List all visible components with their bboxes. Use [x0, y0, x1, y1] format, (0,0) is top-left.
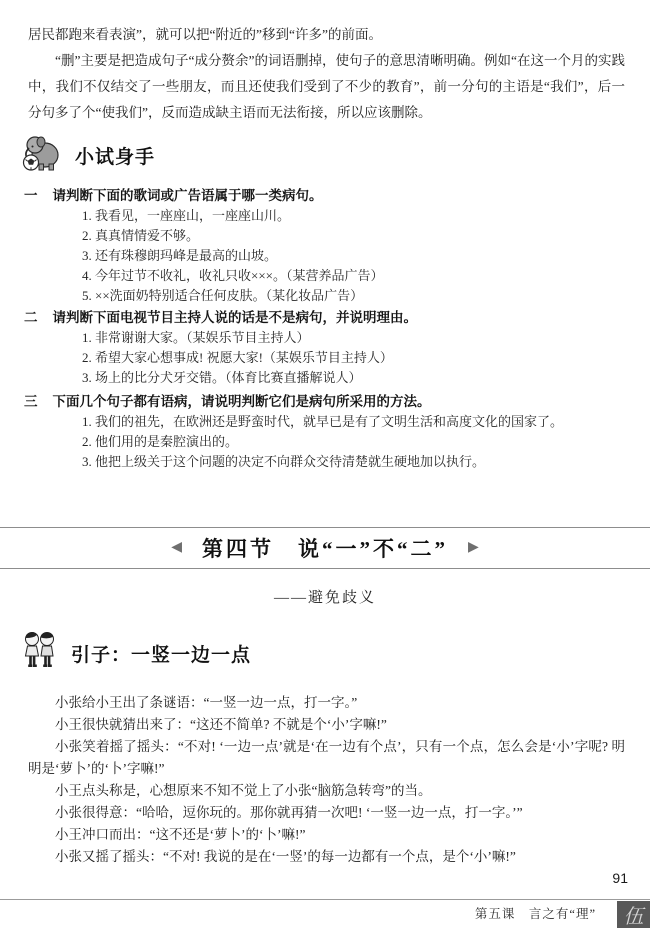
list-item: 1. 非常谢谢大家。（某娱乐节目主持人）: [82, 328, 625, 348]
list-item: 4. 今年过节不收礼，收礼只收×××。（某营养品广告）: [82, 266, 625, 286]
intro-continuation-line: 居民都跑来看表演”，就可以把“附近的”移到“许多”的前面。: [28, 22, 625, 48]
chapter-corner-tab: 伍: [617, 901, 650, 928]
section-question: 下面几个句子都有语病，请说明判断它们是病句所采用的方法。: [53, 392, 431, 412]
dialogue-paragraph: 小张很得意：“哈哈，逗你玩的。那你就再猜一次吧! ‘一竖一边一点，打一字。’”: [28, 802, 625, 824]
exercise-header: 小试身手: [22, 134, 155, 177]
section-title: 第四节 说“一”不“二”: [202, 533, 448, 563]
question-items: 1. 非常谢谢大家。（某娱乐节目主持人） 2. 希望大家心想事成! 祝愿大家!（…: [24, 328, 625, 388]
dialogue-text: 小张给小王出了条谜语：“一竖一边一点，打一字。” 小王很快就猜出来了：“这还不简…: [28, 692, 625, 868]
question-head: 一 请判断下面的歌词或广告语属于哪一类病句。: [24, 186, 625, 206]
section-question: 请判断下面电视节目主持人说的话是不是病句，并说明理由。: [53, 308, 418, 328]
footer-divider: [0, 899, 650, 900]
page-number: 91: [612, 870, 628, 886]
exercise-title: 小试身手: [75, 142, 155, 169]
section-marker: 一: [24, 186, 38, 206]
dialogue-paragraph: 小张笑着摇了摇头：“不对! ‘一边一点’就是‘在一边有个点’，只有一个点，怎么会…: [28, 736, 625, 780]
lesson-label: 第五课 言之有“理”: [475, 904, 596, 922]
section-marker: 三: [24, 392, 38, 412]
two-children-icon: [22, 630, 58, 677]
list-item: 3. 场上的比分犬牙交错。（体育比赛直播解说人）: [82, 368, 625, 388]
question-section-3: 三 下面几个句子都有语病，请说明判断它们是病句所采用的方法。 1. 我们的祖先，…: [24, 392, 625, 472]
question-head: 三 下面几个句子都有语病，请说明判断它们是病句所采用的方法。: [24, 392, 625, 412]
dialogue-paragraph: 小王点头称是，心想原来不知不觉上了小张“脑筋急转弯”的当。: [28, 780, 625, 802]
textbook-page: 居民都跑来看表演”，就可以把“附近的”移到“许多”的前面。 “删”主要是把造成句…: [0, 0, 650, 928]
section-question: 请判断下面的歌词或广告语属于哪一类病句。: [53, 186, 323, 206]
dialogue-paragraph: 小王很快就猜出来了：“这还不简单? 不就是个‘小’字嘛!”: [28, 714, 625, 736]
intro-paragraphs: 居民都跑来看表演”，就可以把“附近的”移到“许多”的前面。 “删”主要是把造成句…: [28, 22, 625, 126]
section-marker: 二: [24, 308, 38, 328]
question-section-1: 一 请判断下面的歌词或广告语属于哪一类病句。 1. 我看见，一座座山，一座座山川…: [24, 186, 625, 306]
section-title-band: ◀ 第四节 说“一”不“二” ▶: [0, 527, 650, 569]
intro-paragraph: “删”主要是把造成句子“成分赘余”的词语删掉，使句子的意思清晰明确。例如“在这一…: [28, 48, 625, 126]
right-triangle-icon: ▶: [468, 541, 479, 555]
dialogue-paragraph: 小张又摇了摇头：“不对! 我说的是在‘一竖’的每一边都有一个点，是个‘小’嘛!”: [28, 846, 625, 868]
lead-title: 引子：一竖一边一点: [71, 640, 251, 667]
elephant-soccer-icon: [22, 134, 62, 177]
list-item: 2. 真真情情爱不够。: [82, 226, 625, 246]
dialogue-paragraph: 小王冲口而出：“这不还是‘萝卜’的‘卜’嘛!”: [28, 824, 625, 846]
left-triangle-icon: ◀: [171, 541, 182, 555]
list-item: 2. 他们用的是秦腔演出的。: [82, 432, 625, 452]
list-item: 1. 我们的祖先，在欧洲还是野蛮时代，就早已是有了文明生活和高度文化的国家了。: [82, 412, 625, 432]
lead-header: 引子：一竖一边一点: [22, 630, 251, 677]
list-item: 3. 他把上级关于这个问题的决定不向群众交待清楚就生硬地加以执行。: [82, 452, 625, 472]
list-item: 2. 希望大家心想事成! 祝愿大家!（某娱乐节目主持人）: [82, 348, 625, 368]
list-item: 5. ××洗面奶特别适合任何皮肤。（某化妆品广告）: [82, 286, 625, 306]
list-item: 3. 还有珠穆朗玛峰是最高的山坡。: [82, 246, 625, 266]
question-items: 1. 我看见，一座座山，一座座山川。 2. 真真情情爱不够。 3. 还有珠穆朗玛…: [24, 206, 625, 306]
question-head: 二 请判断下面电视节目主持人说的话是不是病句，并说明理由。: [24, 308, 625, 328]
question-items: 1. 我们的祖先，在欧洲还是野蛮时代，就早已是有了文明生活和高度文化的国家了。 …: [24, 412, 625, 472]
dialogue-paragraph: 小张给小王出了条谜语：“一竖一边一点，打一字。”: [28, 692, 625, 714]
list-item: 1. 我看见，一座座山，一座座山川。: [82, 206, 625, 226]
section-subtitle: ——避免歧义: [0, 586, 650, 607]
question-section-2: 二 请判断下面电视节目主持人说的话是不是病句，并说明理由。 1. 非常谢谢大家。…: [24, 308, 625, 388]
